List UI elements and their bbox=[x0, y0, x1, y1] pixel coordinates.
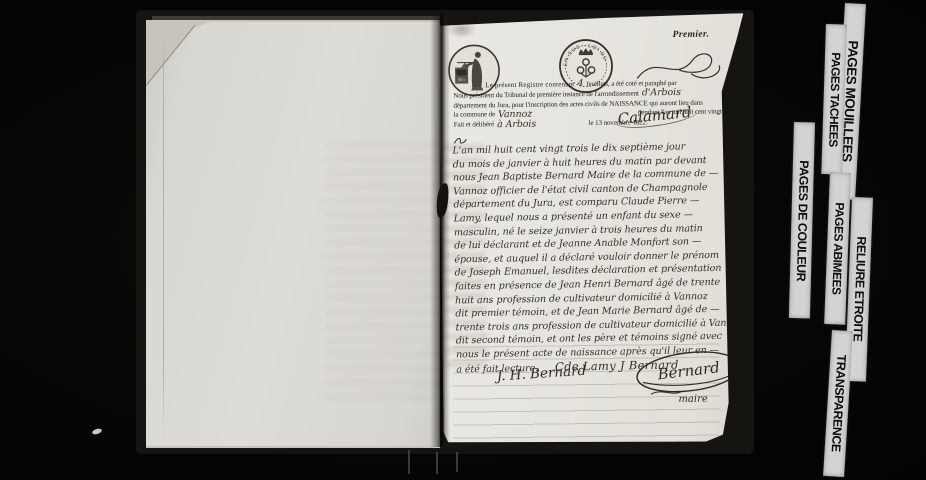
page-heading-premier: Premier. bbox=[673, 30, 710, 40]
book-gutter-shadow bbox=[430, 13, 450, 447]
printed-text: Le présent Registre contenant bbox=[485, 80, 574, 89]
page-edge-mark bbox=[456, 452, 458, 472]
condition-label-pages-de-couleur: PAGES DE COULEUR bbox=[789, 122, 815, 318]
printed-text: Fait et délibéré bbox=[454, 120, 495, 130]
handwritten-arrondissement: d'Arbois bbox=[642, 87, 681, 98]
register-line: Fait et délibéréà Arboisle 13 novembre 1… bbox=[454, 117, 738, 130]
printed-text: Nous président du Tribunal de première i… bbox=[453, 90, 639, 100]
condition-label-transparence: TRANSPARENCE bbox=[823, 330, 853, 477]
page-edge-mark bbox=[408, 450, 410, 474]
paper-speck bbox=[91, 428, 102, 436]
handwritten-count: 4 bbox=[577, 78, 583, 89]
svg-text:Bernard: Bernard bbox=[656, 358, 721, 383]
handwritten-place: à Arbois bbox=[497, 119, 536, 129]
printed-text: la commune de bbox=[454, 110, 496, 120]
manuscript-act: L'an mil huit cent vingt trois le dix se… bbox=[452, 130, 744, 376]
left-page-blank bbox=[146, 22, 440, 446]
archive-photo-scene: Premier. 50 c EN SUS · LOI DU · bbox=[0, 0, 926, 480]
page-crease-line bbox=[163, 30, 164, 440]
page-edge-mark bbox=[436, 452, 438, 474]
svg-text:maire: maire bbox=[678, 394, 708, 405]
marginal-paraph-icon bbox=[452, 135, 468, 144]
right-page-birth-act: Premier. 50 c EN SUS · LOI DU · bbox=[438, 13, 748, 445]
